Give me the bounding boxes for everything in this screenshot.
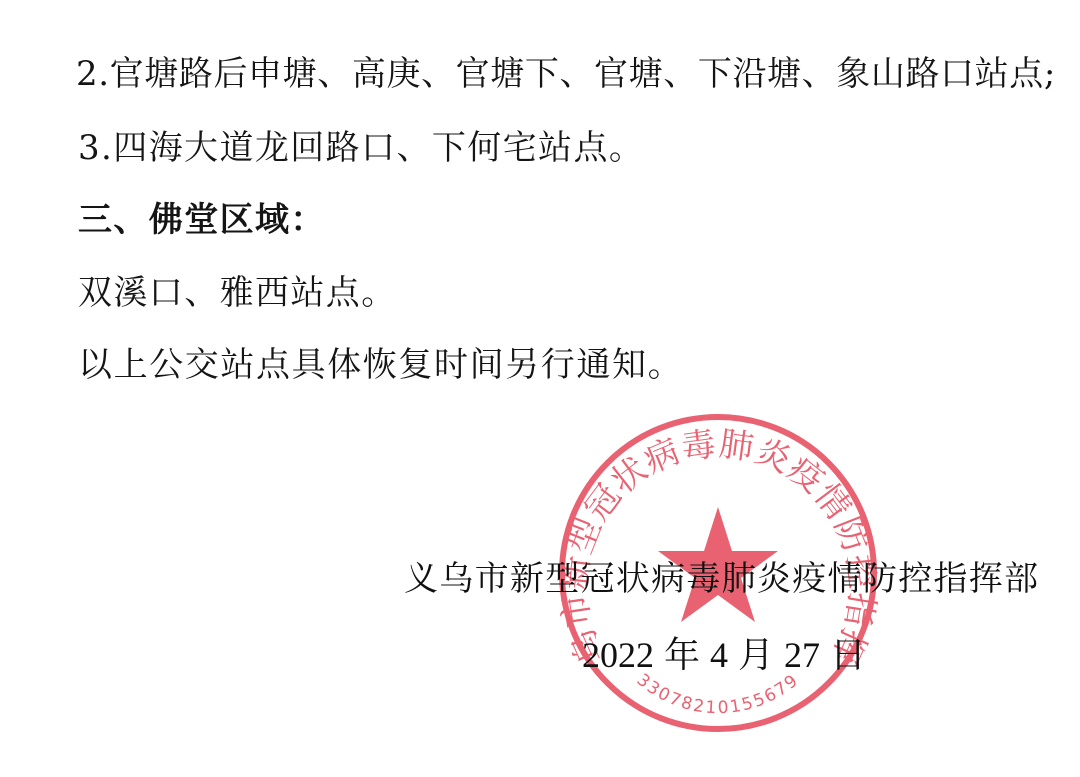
issue-date: 2022年4月27日 bbox=[582, 634, 866, 676]
date-month-unit: 月 bbox=[738, 634, 774, 676]
issuing-organization: 义乌市新型冠状病毒肺炎疫情防控指挥部 bbox=[404, 558, 1039, 600]
body-line-item-2: 2.官塘路后申塘、高庚、官塘下、官塘、下沿塘、象山路口站点; bbox=[76, 54, 1056, 94]
body-line-notice: 以上公交站点具体恢复时间另行通知。 bbox=[78, 345, 683, 385]
date-year-unit: 年 bbox=[664, 634, 700, 676]
date-month: 4 bbox=[710, 634, 728, 676]
seal-code-text: 33078210155679 bbox=[633, 670, 804, 718]
body-line-fotang-stops: 双溪口、雅西站点。 bbox=[78, 273, 397, 313]
section-heading-fotang: 三、佛堂区域： bbox=[78, 200, 326, 240]
date-day: 27 bbox=[784, 634, 820, 676]
body-line-item-3: 3.四海大道龙回路口、下何宅站点。 bbox=[78, 128, 644, 168]
date-day-unit: 日 bbox=[830, 634, 866, 676]
date-year: 2022 bbox=[582, 634, 654, 676]
